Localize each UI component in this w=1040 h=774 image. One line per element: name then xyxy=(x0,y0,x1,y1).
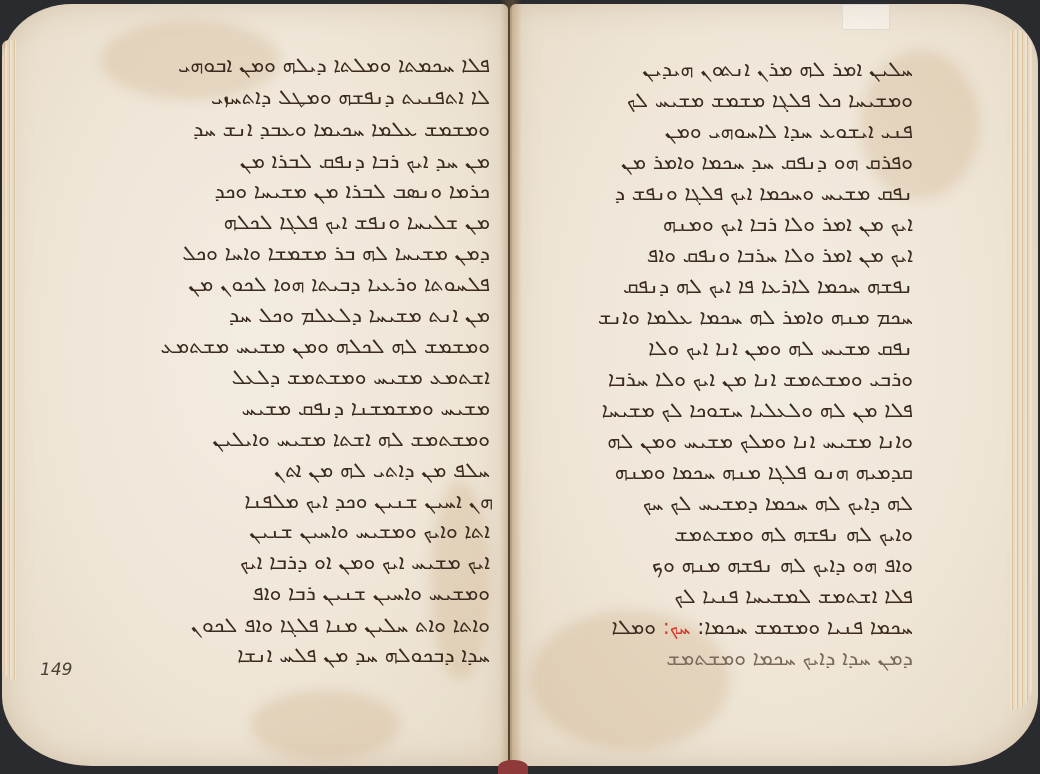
left-page-text: ܦܠܐ ܚܟܡܬܐ ܘܡܠܬܐ ܕܝܠܗ ܘܡܢ ܐܒܘܗܝ ܠܐ ܐܬܦܢܝܬ… xyxy=(100,54,490,674)
text-line: ܚܟܡ ܡܢܗ ܘܐܡܪ ܠܗ ܚܟܡܐ ܥܠܡܐ ܘܐܢܫ xyxy=(598,306,913,328)
paper-label-patch xyxy=(842,4,890,30)
text-line: ܐܫܬܡܥ ܡܫܝܚ ܘܡܫܬܡܫ ܕܠܥܠ xyxy=(232,366,490,388)
text-line: ܢܦܩ ܡܫܝܚ ܠܗ ܘܡܢ ܐܢܐ ܐܝܟ ܘܠܐ xyxy=(648,337,913,359)
text-line: ܦܠܚܘܬܐ ܘܪܥܝܐ ܕܒܝܬܐ ܗܘܐ ܠܟܘܢ ܡܢ xyxy=(188,273,490,295)
text-line: ܘܐܝܟ ܠܗ ܢܦܫܗ ܠܗ ܘܡܫܬܡܫ xyxy=(674,523,913,545)
water-stain xyxy=(250,690,400,760)
text-line: ܚܕܐ ܕܒܟܘܠܗ ܚܕ ܡܢ ܦܠܚ ܐܢܫܐ xyxy=(237,644,490,666)
text-line: ܐܬܐ ܘܐܝܟ ܘܡܫܝܚ ܘܐܚܝܢ ܫܢܝܢ xyxy=(249,520,490,542)
folio-number: 149 xyxy=(40,660,72,680)
text-line: ܐܝܟ ܡܢ ܐܡܪ ܘܠܐ ܪܒܐ ܐܝܟ ܘܡܢܗ xyxy=(663,213,913,235)
text-line-with-rubric: ܚܟܡܐ ܦܢܝܐ ܘܡܫܡܫ ܚܟܡܐ: ܚܟ: ܘܡܠܐ xyxy=(612,616,913,638)
text-line: ܘܐܦ ܗܘ ܕܐܝܟ ܠܗ ܢܦܫܗ ܡܢܗ ܘܟ xyxy=(652,554,913,576)
text-line: ܘܐܢܐ ܡܫܝܚ ܐܢܐ ܘܡܠܟ ܡܫܝܚ ܘܡܢ ܠܗ xyxy=(607,430,913,452)
text-line: ܘܡܫܡܫ ܠܗ ܠܟܠܗ ܘܡܢ ܡܫܝܚ ܡܫܬܡܥ xyxy=(160,335,490,357)
text-line: ܠܗ ܕܐܝܟ ܠܗ ܚܟܡܐ ܕܡܫܝܚ ܠܟ ܚܟ xyxy=(643,492,913,514)
right-page-text: ܚܠܝܢ ܐܡܪ ܠܗ ܡܪܢ ܐܢܬܘܢ ܗܝܕܝܢ ܘܡܫܝܚܐ ܟܠ ܦܠ… xyxy=(535,58,913,678)
text-line: ܩܕܡܝܗ ܗܢܘ ܦܠܓܐ ܡܢܗ ܚܟܡܐ ܘܡܢܗ xyxy=(615,461,913,483)
text-line: ܘܪܒܝ ܘܡܫܬܡܫ ܐܢܐ ܡܢ ܐܝܟ ܘܠܐ ܚܪܒܐ xyxy=(608,368,913,390)
spine-binding xyxy=(498,760,528,774)
text-segment: ܘܡܠܐ xyxy=(612,615,656,639)
text-line: ܘܡܫܝܚܐ ܟܠ ܦܠܓܐ ܡܫܡܫ ܡܫܝܚ ܠܟ xyxy=(627,89,913,111)
text-line: ܦܠܐ ܐܫܬܡܫ ܠܡܫܝܚܐ ܦܢܝܐ ܠܟ xyxy=(674,585,913,607)
text-line: ܐܝܟ ܡܫܝܚ ܐܝܟ ܘܡܢ ܐܘ ܕܪܒܐ ܐܝܟ xyxy=(240,551,490,573)
book-gutter xyxy=(500,0,522,774)
text-line: ܠܐ ܐܬܦܢܝܬ ܕܢܦܫܗ ܘܡܛܠ ܕܐܬܚܙܝ xyxy=(211,86,490,108)
left-page-edge xyxy=(2,40,16,680)
text-line: ܡܫܝܚ ܘܡܫܡܫܢܐ ܕܢܦܩ ܡܫܝܚ xyxy=(242,397,490,419)
open-manuscript: ܦܠܐ ܚܟܡܬܐ ܘܡܠܬܐ ܕܝܠܗ ܘܡܢ ܐܒܘܗܝ ܠܐ ܐܬܦܢܝܬ… xyxy=(0,0,1040,774)
text-line: ܗܢ ܐܚܝܢ ܫܢܝܢ ܘܟܕ ܐܝܟ ܡܠܦܢܐ xyxy=(244,490,490,512)
red-rubric: ܚܟ: xyxy=(663,615,691,639)
text-line: ܘܡܫܡܫ ܥܠܡܐ ܚܟܝܡܐ ܘܥܒܕ ܐܢܫ ܚܕ xyxy=(193,118,490,140)
text-line: ܘܦܪܩ ܗܘ ܕܢܦܩ ܚܕ ܚܟܡܐ ܘܐܡܪ ܡܢ xyxy=(621,151,913,173)
text-line: ܘܐܬܐ ܘܐܬ ܚܠܝܢ ܡܢܐ ܦܠܓܐ ܘܐܦ ܠܟܘܢ xyxy=(191,614,490,636)
text-line: ܦܠܐ ܡܢ ܠܗ ܘܠܥܠܝܐ ܚܫܘܟܐ ܠܟ ܡܫܝܚܐ xyxy=(602,399,913,421)
text-line: ܦܠܐ ܚܟܡܬܐ ܘܡܠܬܐ ܕܝܠܗ ܘܡܢ ܐܒܘܗܝ xyxy=(178,54,490,76)
text-line: ܡܢ ܐܢܬ ܡܫܝܚܐ ܕܠܥܠܡ ܘܟܠ ܚܕ xyxy=(229,304,490,326)
text-line: ܘܡܫܬܡܫ ܠܗ ܐܫܬܐ ܡܫܝܚ ܘܐܝܠܝܢ xyxy=(212,428,490,450)
text-line: ܢܦܩ ܡܫܝܚ ܘܚܟܡܐ ܐܝܟ ܦܠܓܐ ܘܢܦܫ ܕ xyxy=(615,182,913,204)
text-line: ܡܢ ܚܕ ܐܝܟ ܪܒܐ ܕܢܦܩ ܠܒܪܐ ܡܢ xyxy=(240,150,490,172)
right-page-edge xyxy=(1010,30,1032,710)
text-segment: ܚܟܡܐ ܦܢܝܐ ܘܡܫܡܫ ܚܟܡܐ: xyxy=(697,615,913,639)
text-line: ܦܢܝ ܐܝܫܘܥ ܚܕܐ ܠܐܚܘܗܝ ܘܡܢ xyxy=(665,120,913,142)
text-line: ܟܪܡܐ ܘܢܣܒ ܠܒܪܐ ܡܢ ܡܫܝܚܐ ܘܟܕ xyxy=(214,180,490,202)
text-line: ܡܢ ܫܠܝܚܐ ܘܢܦܫ ܐܝܟ ܦܠܓܐ ܠܟܠܗ xyxy=(224,211,490,233)
text-line: ܐܝܟ ܡܢ ܐܡܪ ܘܠܐ ܚܪܒܐ ܘܢܦܩ ܘܐܦ xyxy=(647,244,913,266)
text-line: ܚܠܝܢ ܐܡܪ ܠܗ ܡܪܢ ܐܢܬܘܢ ܗܝܕܝܢ xyxy=(642,58,913,80)
text-line: ܚܠܦ ܡܢ ܕܐܬܝ ܠܗ ܡܢ ܐܬܢ xyxy=(274,459,490,481)
text-line: ܘܡܫܝܚ ܘܐܚܝܢ ܫܢܝܢ ܪܒܐ ܘܐܦ xyxy=(252,582,490,604)
text-line: ܕܡܢ ܚܕܐ ܕܐܝܟ ܚܟܡܐ ܘܡܫܬܡܫ xyxy=(666,647,913,669)
text-line: ܢܦܫܗ ܚܟܡܐ ܠܐܪܥܐ ܦܐ ܐܝܟ ܠܗ ܕܢܦܩ xyxy=(623,275,913,297)
text-line: ܕܡܢ ܡܫܝܚܐ ܠܗ ܒܪ ܡܫܡܫܐ ܘܐܚܐ ܘܟܠ xyxy=(182,242,490,264)
